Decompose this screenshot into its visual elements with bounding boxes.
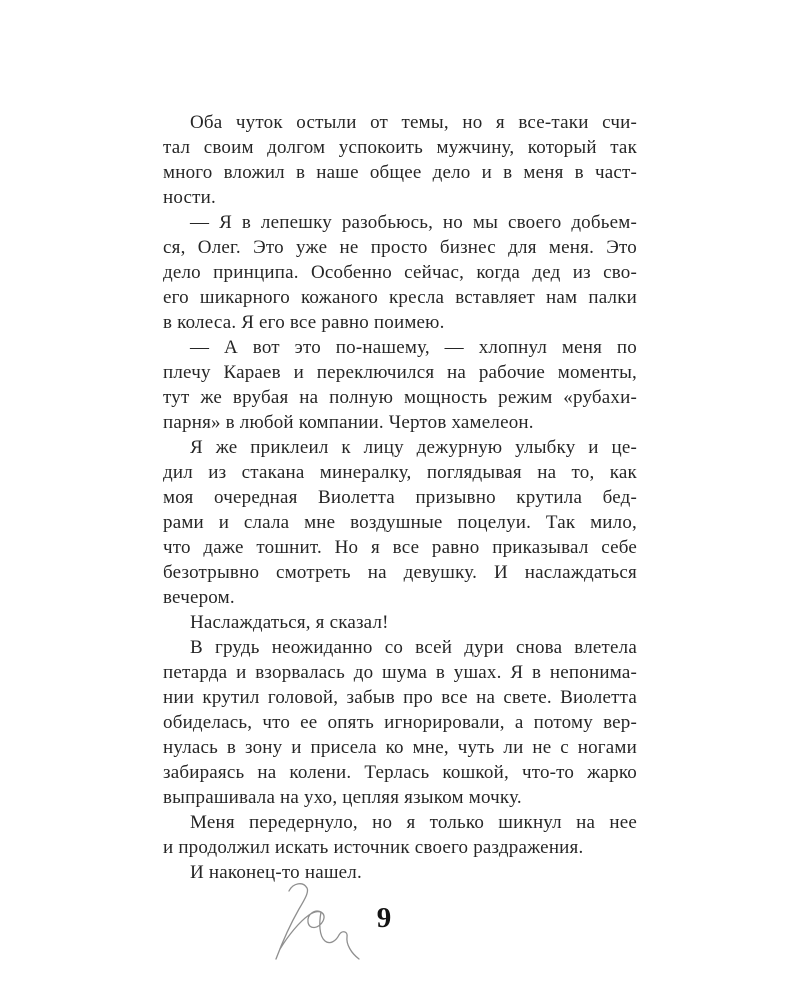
text-line: — Я в лепешку разобьюсь, но мы своего до…: [163, 210, 637, 235]
page-number: 9: [364, 902, 404, 935]
text-line: тал своим долгом успокоить мужчину, кото…: [163, 135, 637, 160]
text-line: обиделась, что ее опять игнорировали, а …: [163, 710, 637, 735]
paragraph: Я же приклеил к лицу дежурную улыбку и ц…: [163, 435, 637, 610]
text-line: нии крутил головой, забыв про все на све…: [163, 685, 637, 710]
text-line: моя очередная Виолетта призывно крутила …: [163, 485, 637, 510]
text-line: дело принципа. Особенно сейчас, когда де…: [163, 260, 637, 285]
text-line: Оба чуток остыли от темы, но я все-таки …: [163, 110, 637, 135]
text-line: Наслаждаться, я сказал!: [163, 610, 637, 635]
paragraph: — Я в лепешку разобьюсь, но мы своего до…: [163, 210, 637, 335]
text-line: В грудь неожиданно со всей дури снова вл…: [163, 635, 637, 660]
text-line: парня» в любой компании. Чертов хамелеон…: [163, 410, 637, 435]
book-page: Оба чуток остыли от темы, но я все-таки …: [0, 0, 800, 1000]
text-line: безотрывно смотреть на девушку. И наслаж…: [163, 560, 637, 585]
paragraph: Меня передернуло, но я только шикнул на …: [163, 810, 637, 860]
text-line: ности.: [163, 185, 637, 210]
text-line: много вложил в наше общее дело и в меня …: [163, 160, 637, 185]
text-line: вечером.: [163, 585, 637, 610]
text-line: И наконец-то нашел.: [163, 860, 637, 885]
handwritten-signature-scribble: [262, 880, 370, 968]
text-line: нулась в зону и присела ко мне, чуть ли …: [163, 735, 637, 760]
text-line: что даже тошнит. Но я все равно приказыв…: [163, 535, 637, 560]
text-line: забираясь на колени. Терлась кошкой, что…: [163, 760, 637, 785]
text-line: его шикарного кожаного кресла вставляет …: [163, 285, 637, 310]
text-line: плечу Караев и переключился на рабочие м…: [163, 360, 637, 385]
text-line: Меня передернуло, но я только шикнул на …: [163, 810, 637, 835]
text-line: ся, Олег. Это уже не просто бизнес для м…: [163, 235, 637, 260]
text-line: — А вот это по-нашему, — хлопнул меня по: [163, 335, 637, 360]
text-line: петарда и взорвалась до шума в ушах. Я в…: [163, 660, 637, 685]
paragraph: В грудь неожиданно со всей дури снова вл…: [163, 635, 637, 810]
paragraph: Наслаждаться, я сказал!: [163, 610, 637, 635]
text-line: тут же врубая на полную мощность режим «…: [163, 385, 637, 410]
paragraph: — А вот это по-нашему, — хлопнул меня по…: [163, 335, 637, 435]
paragraph: Оба чуток остыли от темы, но я все-таки …: [163, 110, 637, 210]
text-line: выпрашивала на ухо, цепляя языком мочку.: [163, 785, 637, 810]
text-line: в колеса. Я его все равно поимею.: [163, 310, 637, 335]
text-line: рами и слала мне воздушные поцелуи. Так …: [163, 510, 637, 535]
paragraph: И наконец-то нашел.: [163, 860, 637, 885]
text-line: и продолжил искать источник своего раздр…: [163, 835, 637, 860]
text-line: Я же приклеил к лицу дежурную улыбку и ц…: [163, 435, 637, 460]
page-text: Оба чуток остыли от темы, но я все-таки …: [163, 110, 637, 885]
text-line: дил из стакана минералку, поглядывая на …: [163, 460, 637, 485]
